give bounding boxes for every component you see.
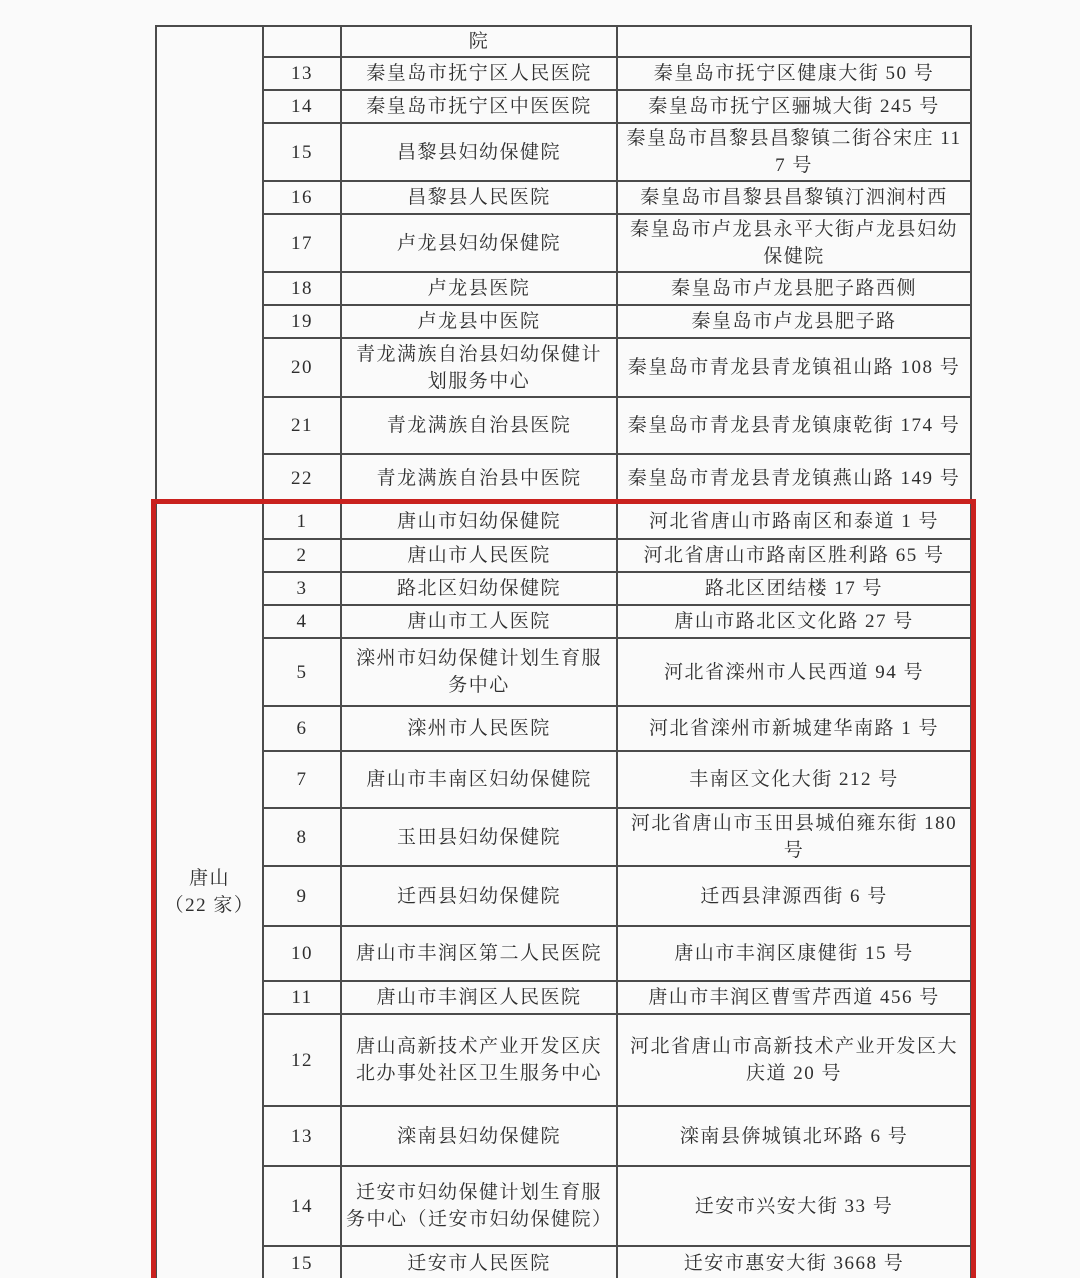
cell-name: 迁安市人民医院 xyxy=(341,1246,617,1278)
cell-name: 秦皇岛市抚宁区人民医院 xyxy=(341,57,617,90)
cell-number: 15 xyxy=(263,1246,341,1278)
cell-name: 路北区妇幼保健院 xyxy=(341,572,617,605)
table-row: 3路北区妇幼保健院路北区团结楼 17 号 xyxy=(156,572,971,605)
cell-name: 玉田县妇幼保健院 xyxy=(341,808,617,866)
cell-name: 唐山市妇幼保健院 xyxy=(341,503,617,539)
cell-name: 唐山高新技术产业开发区庆北办事处社区卫生服务中心 xyxy=(341,1014,617,1106)
table-row: 唐山（22 家）1唐山市妇幼保健院河北省唐山市路南区和泰道 1 号 xyxy=(156,503,971,539)
region-cell: 唐山（22 家） xyxy=(156,503,263,1278)
cell-address: 秦皇岛市青龙县青龙镇燕山路 149 号 xyxy=(617,454,971,503)
table-row: 12唐山高新技术产业开发区庆北办事处社区卫生服务中心河北省唐山市高新技术产业开发… xyxy=(156,1014,971,1106)
cell-address: 丰南区文化大街 212 号 xyxy=(617,751,971,808)
cell-number: 13 xyxy=(263,57,341,90)
cell-number: 19 xyxy=(263,305,341,338)
cell-number: 5 xyxy=(263,638,341,706)
cell-number: 11 xyxy=(263,981,341,1014)
cell-name: 青龙满族自治县妇幼保健计划服务中心 xyxy=(341,338,617,397)
cell-number: 21 xyxy=(263,397,341,454)
cell-name: 青龙满族自治县中医院 xyxy=(341,454,617,503)
cell-address: 河北省唐山市高新技术产业开发区大庆道 20 号 xyxy=(617,1014,971,1106)
cell-address: 滦南县倴城镇北环路 6 号 xyxy=(617,1106,971,1166)
cell-number: 10 xyxy=(263,926,341,981)
cell-name: 滦南县妇幼保健院 xyxy=(341,1106,617,1166)
cell-number: 17 xyxy=(263,214,341,272)
cell-number: 1 xyxy=(263,503,341,539)
table-row: 5滦州市妇幼保健计划生育服务中心河北省滦州市人民西道 94 号 xyxy=(156,638,971,706)
cell-address: 秦皇岛市昌黎县昌黎镇二街谷宋庄 117 号 xyxy=(617,123,971,181)
table-row: 13滦南县妇幼保健院滦南县倴城镇北环路 6 号 xyxy=(156,1106,971,1166)
region-label-line: （22 家） xyxy=(161,892,258,919)
region-cell xyxy=(156,26,263,503)
cell-name: 昌黎县人民医院 xyxy=(341,181,617,214)
table-row: 9迁西县妇幼保健院迁西县津源西街 6 号 xyxy=(156,866,971,926)
cell-number: 16 xyxy=(263,181,341,214)
cell-address: 迁西县津源西街 6 号 xyxy=(617,866,971,926)
table-row: 15昌黎县妇幼保健院秦皇岛市昌黎县昌黎镇二街谷宋庄 117 号 xyxy=(156,123,971,181)
cell-number: 9 xyxy=(263,866,341,926)
cell-name: 卢龙县中医院 xyxy=(341,305,617,338)
cell-address: 河北省滦州市人民西道 94 号 xyxy=(617,638,971,706)
cell-address: 秦皇岛市青龙县青龙镇祖山路 108 号 xyxy=(617,338,971,397)
table-row: 4唐山市工人医院唐山市路北区文化路 27 号 xyxy=(156,605,971,638)
table-row: 7唐山市丰南区妇幼保健院丰南区文化大街 212 号 xyxy=(156,751,971,808)
cell-address: 唐山市丰润区曹雪芹西道 456 号 xyxy=(617,981,971,1014)
table-row: 6滦州市人民医院河北省滦州市新城建华南路 1 号 xyxy=(156,706,971,751)
cell-address: 河北省唐山市路南区胜利路 65 号 xyxy=(617,539,971,572)
cell-address: 唐山市丰润区康健街 15 号 xyxy=(617,926,971,981)
cell-name: 卢龙县医院 xyxy=(341,272,617,305)
document-table-area: 院13秦皇岛市抚宁区人民医院秦皇岛市抚宁区健康大街 50 号14秦皇岛市抚宁区中… xyxy=(155,25,972,1278)
table-row: 17卢龙县妇幼保健院秦皇岛市卢龙县永平大街卢龙县妇幼保健院 xyxy=(156,214,971,272)
table-row: 14秦皇岛市抚宁区中医医院秦皇岛市抚宁区骊城大街 245 号 xyxy=(156,90,971,123)
cell-number: 20 xyxy=(263,338,341,397)
cell-number: 15 xyxy=(263,123,341,181)
cell-number: 4 xyxy=(263,605,341,638)
cell-number: 14 xyxy=(263,90,341,123)
cell-name: 迁西县妇幼保健院 xyxy=(341,866,617,926)
table-row: 21青龙满族自治县医院秦皇岛市青龙县青龙镇康乾街 174 号 xyxy=(156,397,971,454)
table-row: 20青龙满族自治县妇幼保健计划服务中心秦皇岛市青龙县青龙镇祖山路 108 号 xyxy=(156,338,971,397)
cell-name: 青龙满族自治县医院 xyxy=(341,397,617,454)
table-row: 18卢龙县医院秦皇岛市卢龙县肥子路西侧 xyxy=(156,272,971,305)
cell-name: 滦州市妇幼保健计划生育服务中心 xyxy=(341,638,617,706)
cell-address: 河北省唐山市玉田县城伯雍东街 180 号 xyxy=(617,808,971,866)
table-row: 19卢龙县中医院秦皇岛市卢龙县肥子路 xyxy=(156,305,971,338)
cell-address: 秦皇岛市卢龙县肥子路西侧 xyxy=(617,272,971,305)
region-label-line: 唐山 xyxy=(161,865,258,892)
cell-address: 迁安市兴安大街 33 号 xyxy=(617,1166,971,1246)
cell-address: 秦皇岛市抚宁区骊城大街 245 号 xyxy=(617,90,971,123)
cell-address: 路北区团结楼 17 号 xyxy=(617,572,971,605)
cell-address: 河北省滦州市新城建华南路 1 号 xyxy=(617,706,971,751)
cell-address: 秦皇岛市青龙县青龙镇康乾街 174 号 xyxy=(617,397,971,454)
hospital-table: 院13秦皇岛市抚宁区人民医院秦皇岛市抚宁区健康大街 50 号14秦皇岛市抚宁区中… xyxy=(155,25,972,1278)
cell-number: 14 xyxy=(263,1166,341,1246)
cell-number: 8 xyxy=(263,808,341,866)
cell-number: 2 xyxy=(263,539,341,572)
cell-address: 秦皇岛市昌黎县昌黎镇汀泗涧村西 xyxy=(617,181,971,214)
cell-name: 滦州市人民医院 xyxy=(341,706,617,751)
cell-name: 迁安市妇幼保健计划生育服务中心（迁安市妇幼保健院） xyxy=(341,1166,617,1246)
cell-number: 7 xyxy=(263,751,341,808)
table-row: 13秦皇岛市抚宁区人民医院秦皇岛市抚宁区健康大街 50 号 xyxy=(156,57,971,90)
cell-address xyxy=(617,26,971,57)
cell-name: 院 xyxy=(341,26,617,57)
cell-name: 唐山市丰润区第二人民医院 xyxy=(341,926,617,981)
cell-number: 12 xyxy=(263,1014,341,1106)
table-row: 2唐山市人民医院河北省唐山市路南区胜利路 65 号 xyxy=(156,539,971,572)
cell-name: 唐山市工人医院 xyxy=(341,605,617,638)
cell-name: 秦皇岛市抚宁区中医医院 xyxy=(341,90,617,123)
cell-name: 唐山市人民医院 xyxy=(341,539,617,572)
table-row: 16昌黎县人民医院秦皇岛市昌黎县昌黎镇汀泗涧村西 xyxy=(156,181,971,214)
table-row: 15迁安市人民医院迁安市惠安大街 3668 号 xyxy=(156,1246,971,1278)
cell-address: 迁安市惠安大街 3668 号 xyxy=(617,1246,971,1278)
cell-address: 秦皇岛市卢龙县肥子路 xyxy=(617,305,971,338)
cell-number: 13 xyxy=(263,1106,341,1166)
section-qinhuangdao-continued: 院13秦皇岛市抚宁区人民医院秦皇岛市抚宁区健康大街 50 号14秦皇岛市抚宁区中… xyxy=(156,26,971,503)
cell-name: 昌黎县妇幼保健院 xyxy=(341,123,617,181)
cell-number: 18 xyxy=(263,272,341,305)
cell-address: 河北省唐山市路南区和泰道 1 号 xyxy=(617,503,971,539)
cell-number: 6 xyxy=(263,706,341,751)
cell-name: 唐山市丰润区人民医院 xyxy=(341,981,617,1014)
cell-name: 唐山市丰南区妇幼保健院 xyxy=(341,751,617,808)
table-row: 10唐山市丰润区第二人民医院唐山市丰润区康健街 15 号 xyxy=(156,926,971,981)
table-row: 22青龙满族自治县中医院秦皇岛市青龙县青龙镇燕山路 149 号 xyxy=(156,454,971,503)
cell-number: 22 xyxy=(263,454,341,503)
table-row: 11唐山市丰润区人民医院唐山市丰润区曹雪芹西道 456 号 xyxy=(156,981,971,1014)
table-row: 8玉田县妇幼保健院河北省唐山市玉田县城伯雍东街 180 号 xyxy=(156,808,971,866)
cell-address: 唐山市路北区文化路 27 号 xyxy=(617,605,971,638)
table-row: 院 xyxy=(156,26,971,57)
cell-address: 秦皇岛市抚宁区健康大街 50 号 xyxy=(617,57,971,90)
cell-name: 卢龙县妇幼保健院 xyxy=(341,214,617,272)
section-tangshan: 唐山（22 家）1唐山市妇幼保健院河北省唐山市路南区和泰道 1 号2唐山市人民医… xyxy=(156,503,971,1278)
cell-address: 秦皇岛市卢龙县永平大街卢龙县妇幼保健院 xyxy=(617,214,971,272)
table-row: 14迁安市妇幼保健计划生育服务中心（迁安市妇幼保健院）迁安市兴安大街 33 号 xyxy=(156,1166,971,1246)
cell-number xyxy=(263,26,341,57)
cell-number: 3 xyxy=(263,572,341,605)
